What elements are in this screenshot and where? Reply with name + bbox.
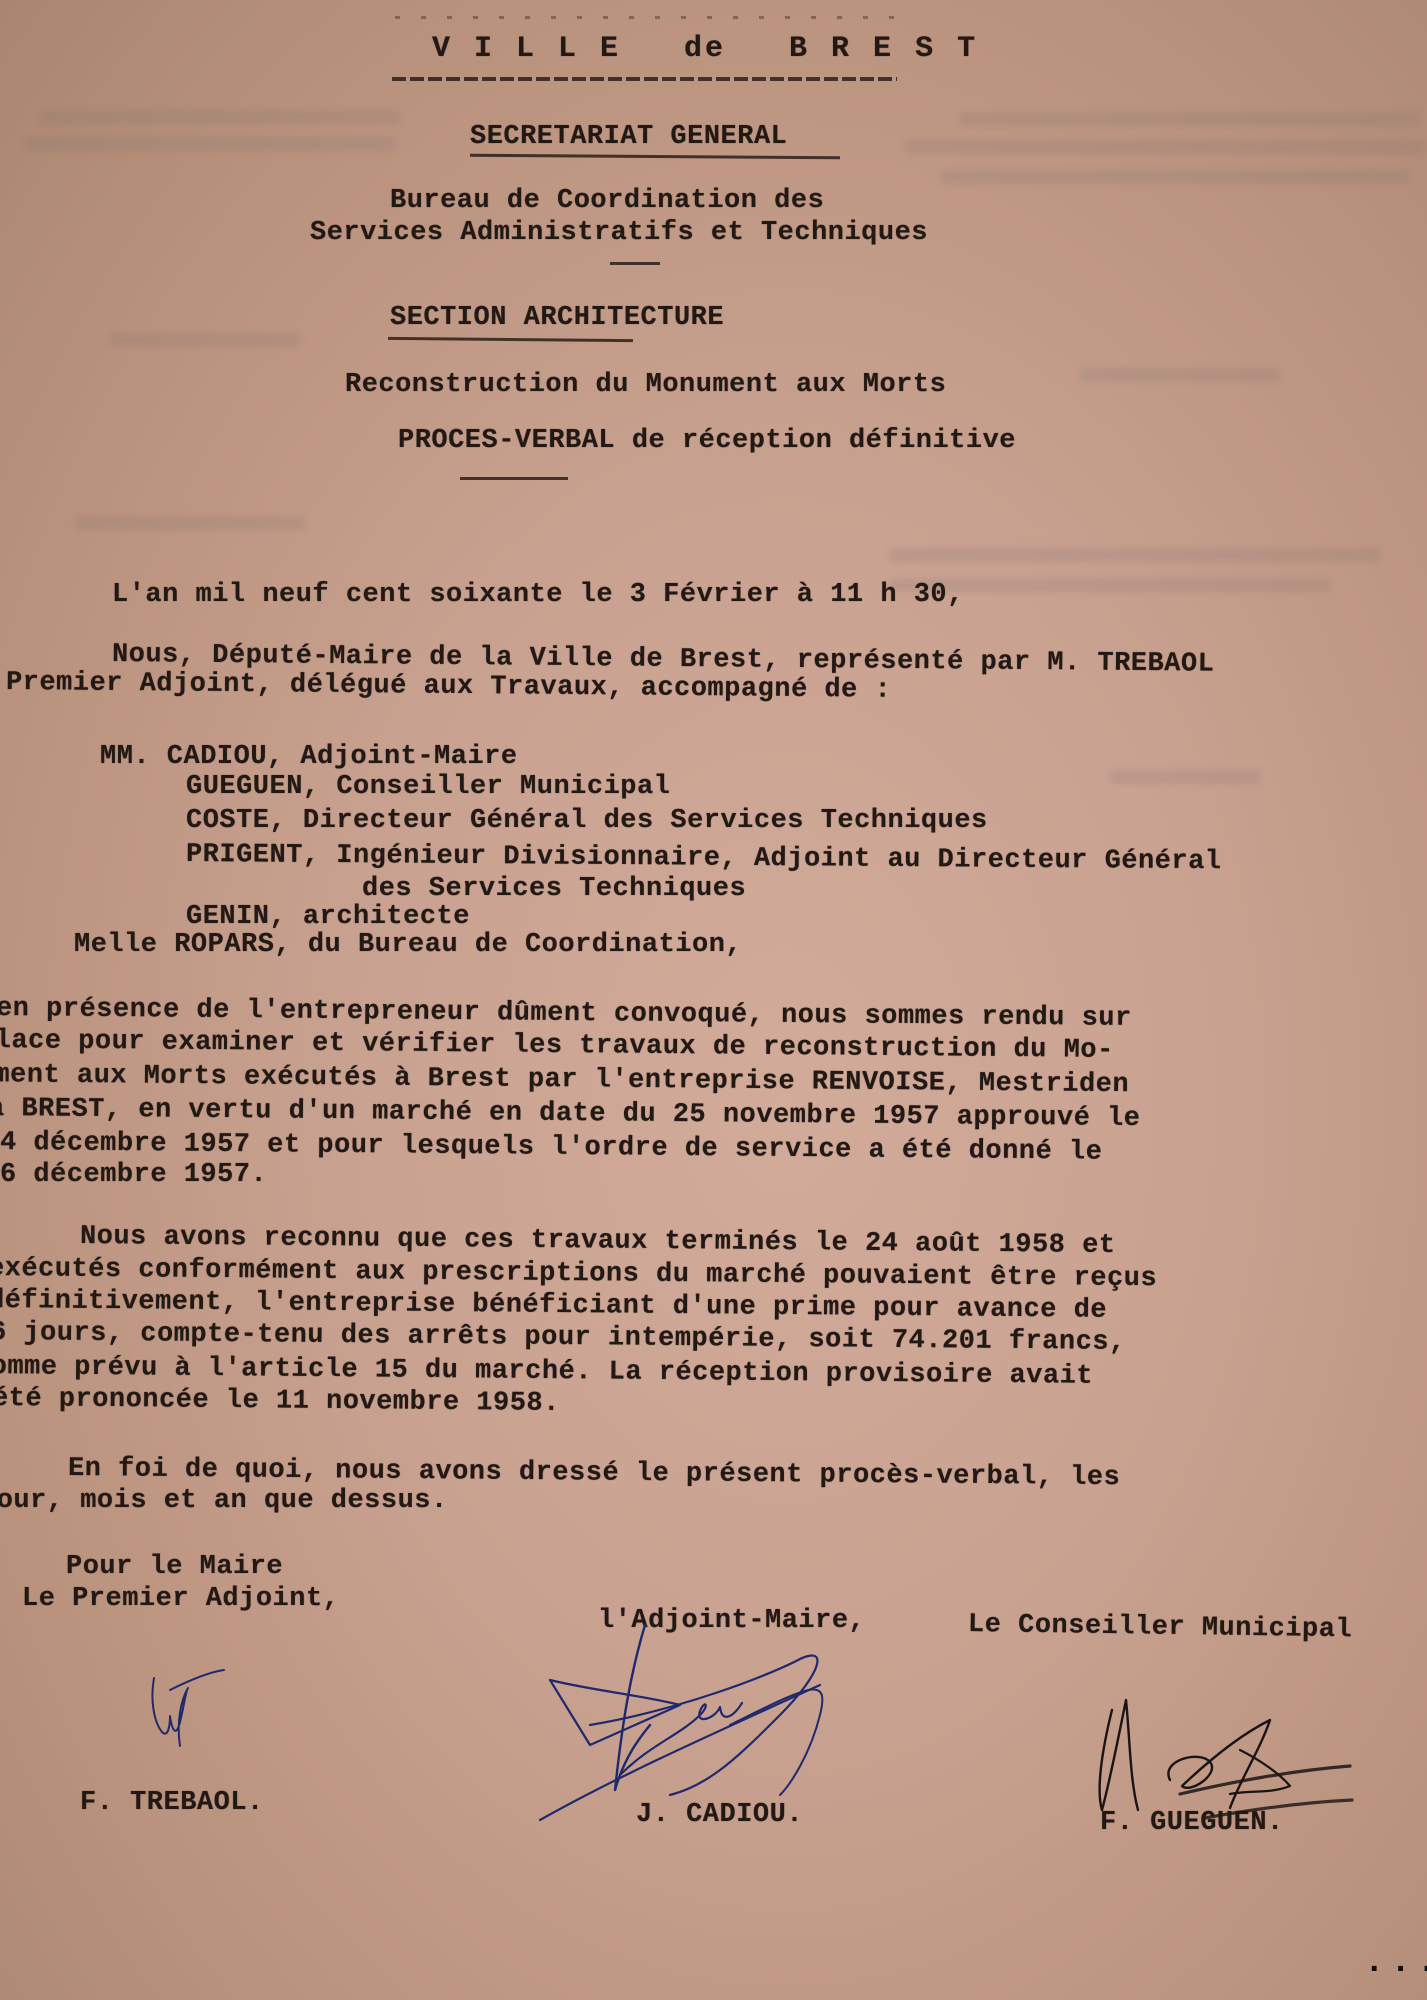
attendee-item: GUEGUEN, Conseiller Municipal [186,772,670,802]
subject-line: Reconstruction du Monument aux Morts [345,370,946,400]
attendee-item: MM. CADIOU, Adjoint-Maire [100,742,518,772]
paragraph-2-line: été prononcée le 11 novembre 1958. [0,1384,560,1419]
closing-line: jour, mois et an que dessus. [0,1486,448,1516]
bleed-through-text [940,170,1410,184]
signature-trebaol [140,1660,240,1770]
bleed-through-text [75,516,305,530]
attendee-item: Melle ROPARS, du Bureau de Coordination, [74,930,742,960]
signatory-right-name: F. GUEGUEN. [1100,1808,1284,1838]
header-dotted-rule [395,16,905,19]
bureau-line-1: Bureau de Coordination des [390,186,824,216]
signatory-left-name: F. TREBAOL. [80,1788,264,1818]
bleed-through-text [1110,770,1260,784]
document-page: V I L L E de B R E S T SECRETARIAT GENER… [0,0,1427,2000]
continuation-mark: ... [1364,1944,1427,1982]
bleed-through-text [960,112,1420,126]
bleed-through-text [40,110,400,124]
document-title: PROCES-VERBAL de réception définitive [398,426,1016,456]
paragraph-1-line: nument aux Morts exécutés à Brest par l'… [0,1060,1129,1100]
signatory-right-role: Le Conseiller Municipal [968,1610,1353,1645]
signatory-center-name: J. CADIOU. [636,1800,803,1830]
bureau-dash [610,262,660,265]
paragraph-1-line: 6 décembre 1957. [0,1160,267,1190]
bleed-through-text [905,140,1425,154]
bleed-through-text [890,548,1380,562]
city-heading: V I L L E de B R E S T [432,32,978,66]
attendee-item: GENIN, architecte [186,902,470,932]
bleed-through-text [1080,368,1280,382]
attendee-item: des Services Techniques [362,874,746,904]
paragraph-1-line: à BREST, en vertu d'un marché en date du… [0,1094,1141,1134]
bureau-line-2: Services Administratifs et Techniques [310,218,928,248]
attendee-item: PRIGENT, Ingénieur Divisionnaire, Adjoin… [186,840,1222,877]
section-underline [388,337,633,342]
bleed-through-text [25,137,395,151]
bleed-through-text [110,333,300,347]
city-heading-rule [392,77,897,81]
intro-line-2: Premier Adjoint, délégué aux Travaux, ac… [6,668,891,706]
signatory-left-role-2: Le Premier Adjoint, [22,1584,339,1614]
signatory-left-role-1: Pour le Maire [66,1552,283,1582]
title-dash [460,477,568,480]
section-heading: SECTION ARCHITECTURE [390,303,724,333]
attendee-item: COSTE, Directeur Général des Services Te… [186,806,988,836]
department-heading: SECRETARIAT GENERAL [470,122,787,152]
department-underline [470,154,840,160]
date-line: L'an mil neuf cent soixante le 3 Février… [112,580,964,610]
